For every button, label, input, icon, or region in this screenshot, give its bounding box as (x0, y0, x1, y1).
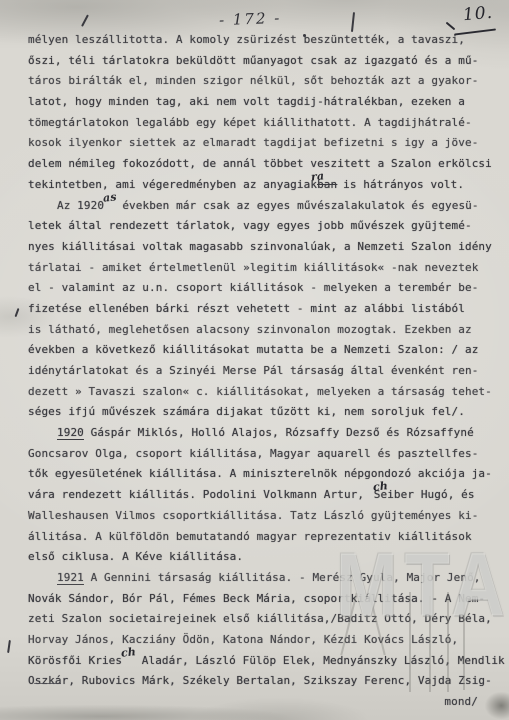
text-line: mond/ (28, 692, 494, 713)
text-line: nyes kiállitásai voltak magasabb szinvon… (28, 237, 494, 258)
text-line: séges ifjú művészek számára dijakat tűzö… (28, 402, 494, 423)
handwritten-correction: ra (311, 169, 325, 183)
handwritten-correction: as (102, 190, 117, 204)
typed-text-segment: években már csak az egyes művészalakulat… (116, 199, 479, 212)
pen-tick-mark (446, 22, 456, 31)
scanned-document-page: - 172 - 10. mélyen leszállitotta. A komo… (0, 0, 509, 720)
typed-text-segment: Oszkár, Rubovics Márk, Székely Bertalan,… (28, 674, 492, 687)
underlined-year: 1921 (57, 571, 84, 584)
stray-pen-mark (303, 34, 306, 37)
text-line: latot, hogy minden tag, aki nem volt tag… (28, 92, 494, 113)
typed-text-segment: Gáspár Miklós, Holló Alajos, Rózsaffy De… (84, 426, 474, 439)
typed-text-segment: években a következő kiállitásokat mutatt… (28, 343, 478, 356)
typed-text-segment: táros birálták el, minden szigor nélkül,… (28, 74, 478, 87)
typed-text-segment: Seiber Hugó, és (374, 488, 475, 501)
text-line: táros birálták el, minden szigor nélkül,… (28, 71, 494, 92)
text-line: mélyen leszállitotta. A komoly zsürizést… (28, 30, 494, 51)
text-line: tők egyesületének kiállitása. A miniszte… (28, 464, 494, 485)
typed-text-segment: is látható, meglehetősen alacsony szinvo… (28, 323, 472, 336)
stray-pen-mark (81, 14, 88, 26)
underlined-year: 1920 (57, 426, 84, 439)
typed-text-segment: latot, hogy minden tag, aki nem volt tag… (28, 95, 465, 108)
typed-text-segment: tömegtárlatokon legalább egy képet kiáll… (28, 116, 472, 129)
typed-text-segment: delem némileg fokozódott, de annál többe… (28, 157, 492, 170)
text-line: Körösfői Kriesch Aladár, László Fülöp El… (28, 651, 494, 672)
text-line: Walleshausen Vilmos csoportkiállitása. T… (28, 506, 494, 527)
stray-pen-mark (15, 308, 19, 317)
typed-text-segment: vára rendezett kiállitás. Podolini Volkm… (28, 488, 371, 501)
handwritten-correction: ch (372, 479, 388, 493)
typed-text-segment: tekintetben, ami végeredményben az anyag… (28, 178, 317, 191)
typed-text-segment: dezett » Tavaszi szalon« c. kiállitásoka… (28, 385, 492, 398)
typed-text-segment: el - valamint az u.n. csoport kiállitáso… (28, 281, 478, 294)
handwritten-page-number-center: - 172 - (219, 9, 282, 29)
mta-watermark: MTA (336, 540, 509, 630)
typed-text-segment: őszi, téli tárlatokra beküldött műanyago… (28, 54, 478, 67)
typed-text-segment: tárlatai - amiket értelmetlenül »legitim… (28, 261, 478, 274)
text-line: őszi, téli tárlatokra beküldött műanyago… (28, 51, 494, 72)
typed-text-segment: Aladár, László Fülöp Elek, Mednyánszky L… (135, 654, 505, 667)
text-line: vára rendezett kiállitás. Podolini Volkm… (28, 485, 494, 506)
text-line: években a következő kiállitásokat mutatt… (28, 340, 494, 361)
text-line: delem némileg fokozódott, de annál többe… (28, 154, 494, 175)
text-line: idénytárlatokat és a Szinyéi Merse Pál t… (28, 361, 494, 382)
typed-text-segment: mond/ (444, 695, 478, 708)
typed-text-segment: mélyen leszállitotta. A komoly zsürizést… (28, 33, 465, 46)
text-line: Oszkár, Rubovics Márk, Székely Bertalan,… (28, 671, 494, 692)
typed-text-segment: Goncsarov Olga, csoport kiállitása, Magy… (28, 447, 478, 460)
typed-text-segment: is hátrányos volt. (336, 178, 464, 191)
text-line: Goncsarov Olga, csoport kiállitása, Magy… (28, 444, 494, 465)
text-line: fizetése ellenében bárki részt vehetett … (28, 299, 494, 320)
typed-text-segment: letek által rendezett tárlatok, vagy egy… (28, 219, 472, 232)
text-line: kosok ilyenkor siettek az elmaradt tagdi… (28, 133, 494, 154)
typed-text-segment: kosok ilyenkor siettek az elmaradt tagdi… (28, 136, 478, 149)
text-line: tömegtárlatokon legalább egy képet kiáll… (28, 113, 494, 134)
typed-text-segment: Walleshausen Vilmos csoportkiállitása. T… (28, 509, 478, 522)
handwritten-page-number-corner: 10. (462, 3, 494, 26)
typed-text-segment: idénytárlatokat és a Szinyéi Merse Pál t… (28, 364, 478, 377)
text-line: el - valamint az u.n. csoport kiállitáso… (28, 278, 494, 299)
text-line: Az 1920as években már csak az egyes művé… (28, 196, 494, 217)
handwritten-correction: ch (120, 645, 136, 659)
typed-text-segment: első ciklusa. A Kéve kiállitása. (28, 550, 243, 563)
typed-text-segment: Az 1920 (57, 199, 104, 212)
typed-text-segment: nyes kiállitásai voltak magasabb szinvon… (28, 240, 492, 253)
text-line: is látható, meglehetősen alacsony szinvo… (28, 320, 494, 341)
typed-text-segment: Körösfői Kries (28, 654, 122, 667)
text-line: letek által rendezett tárlatok, vagy egy… (28, 216, 494, 237)
text-line: tárlatai - amiket értelmetlenül »legitim… (28, 258, 494, 279)
stray-pen-mark (7, 640, 11, 653)
typed-text-segment: fizetése ellenében bárki részt vehetett … (28, 302, 465, 315)
typed-text-segment: séges ifjú művészek számára dijakat tűzö… (28, 405, 465, 418)
text-line: tekintetben, ami végeredményben az anyag… (28, 175, 494, 196)
text-line: 1920 Gáspár Miklós, Holló Alajos, Rózsaf… (28, 423, 494, 444)
typed-text-segment: tők egyesületének kiállitása. A miniszte… (28, 467, 492, 480)
text-line: dezett » Tavaszi szalon« c. kiállitásoka… (28, 382, 494, 403)
